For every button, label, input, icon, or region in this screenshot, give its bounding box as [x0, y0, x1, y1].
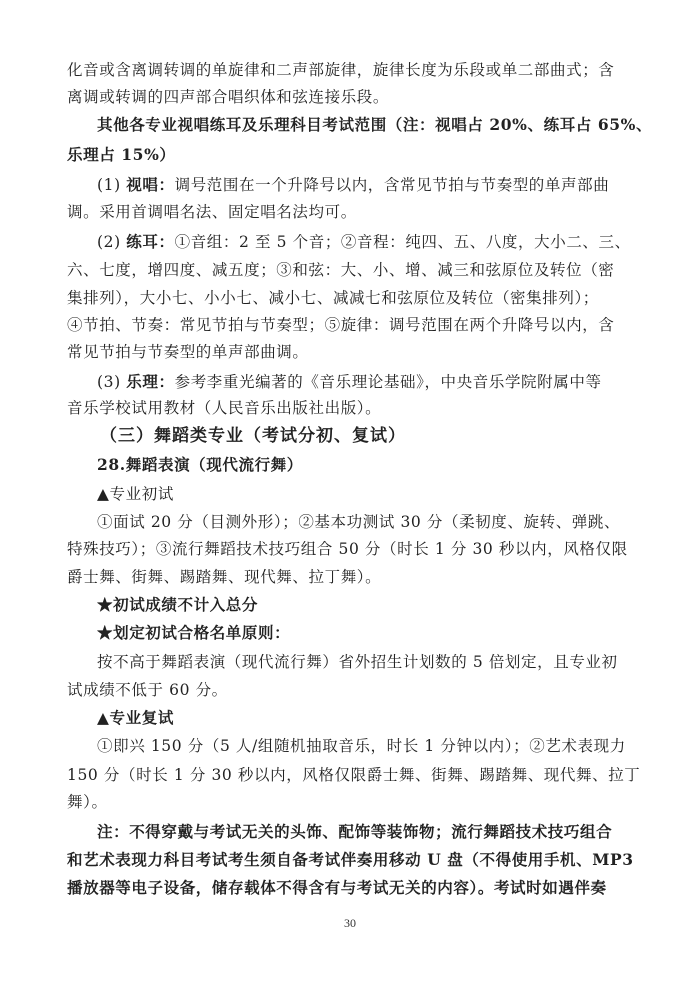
item-label: 乐理：	[126, 372, 174, 391]
subheading-preliminary: ▲专业初试	[97, 484, 637, 504]
section-title-dance: （三）舞蹈类专业（考试分初、复试）	[100, 426, 670, 446]
paragraph-line: ④节拍、节奏：常见节拍与节奏型；⑤旋律：调号范围在两个升降号以内，含	[67, 315, 637, 335]
paragraph-line: 特殊技巧）；③流行舞蹈技术技巧组合 50 分（时长 1 分 30 秒以内，风格仅…	[67, 539, 637, 559]
item-label: 练耳：	[126, 232, 174, 251]
paragraph-line: 爵士舞、街舞、踢踏舞、现代舞、拉丁舞）。	[67, 567, 637, 587]
item-text: ①音组：2 至 5 个音；②音程：纯四、五、八度，大小二、三、	[175, 233, 631, 251]
paragraph-line: 按不高于舞蹈表演（现代流行舞）省外招生计划数的 5 倍划定，且专业初	[97, 652, 637, 672]
item-number: (2)	[97, 233, 126, 251]
paragraph-line: 六、七度，增四度、减五度；③和弦：大、小、增、减三和弦原位及转位（密	[67, 260, 637, 280]
item-ear-training: (2) 练耳：①音组：2 至 5 个音；②音程：纯四、五、八度，大小二、三、	[97, 232, 637, 252]
item-number: (3)	[97, 373, 126, 391]
subheading-final: ▲专业复试	[97, 708, 637, 728]
item-text: 调号范围在一个升降号以内，含常见节拍与节奏型的单声部曲	[175, 176, 610, 194]
section-heading-cont: 乐理占 15%）	[67, 145, 637, 165]
subsection-title: 28.舞蹈表演（现代流行舞）	[97, 455, 637, 475]
note-principle: ★划定初试合格名单原则：	[97, 623, 637, 643]
item-music-theory: (3) 乐理：参考李重光编著的《音乐理论基础》，中央音乐学院附属中等	[97, 372, 637, 392]
page-number: 30	[0, 916, 700, 931]
item-text: 参考李重光编著的《音乐理论基础》，中央音乐学院附属中等	[175, 373, 602, 391]
note-score: ★初试成绩不计入总分	[97, 595, 637, 615]
paragraph-line: 离调或转调的四声部合唱织体和弦连接乐段。	[67, 87, 637, 107]
item-sight-singing: (1) 视唱：调号范围在一个升降号以内，含常见节拍与节奏型的单声部曲	[97, 175, 637, 195]
paragraph-line: 150 分（时长 1 分 30 秒以内，风格仅限爵士舞、街舞、踢踏舞、现代舞、拉…	[67, 765, 637, 785]
paragraph-line: 集排列），大小七、小小七、减小七、减减七和弦原位及转位（密集排列）；	[67, 288, 637, 308]
note-paragraph: 注：不得穿戴与考试无关的头饰、配饰等装饰物；流行舞蹈技术技巧组合	[97, 822, 637, 842]
note-paragraph-line: 播放器等电子设备，储存载体不得含有与考试无关的内容）。考试时如遇伴奏	[67, 878, 637, 898]
paragraph-line: 音乐学校试用教材（人民音乐出版社出版）。	[67, 398, 637, 418]
paragraph-line: 化音或含离调转调的单旋律和二声部旋律，旋律长度为乐段或单二部曲式；含	[67, 60, 637, 80]
paragraph-line: 调。采用首调唱名法、固定唱名法均可。	[67, 202, 637, 222]
section-heading: 其他各专业视唱练耳及乐理科目考试范围（注：视唱占 20%、练耳占 65%、	[97, 115, 637, 135]
note-paragraph-line: 和艺术表现力科目考试考生须自备考试伴奏用移动 U 盘（不得使用手机、MP3	[67, 850, 637, 870]
paragraph-line: 试成绩不低于 60 分。	[67, 680, 637, 700]
item-label: 视唱：	[126, 175, 174, 194]
document-page: 化音或含离调转调的单旋律和二声部旋律，旋律长度为乐段或单二部曲式；含 离调或转调…	[0, 0, 700, 990]
paragraph-line: 舞）。	[67, 792, 637, 812]
paragraph-line: ①面试 20 分（目测外形）；②基本功测试 30 分（柔韧度、旋转、弹跳、	[97, 512, 637, 532]
item-number: (1)	[97, 176, 126, 194]
paragraph-line: 常见节拍与节奏型的单声部曲调。	[67, 342, 637, 362]
paragraph-line: ①即兴 150 分（5 人/组随机抽取音乐，时长 1 分钟以内）；②艺术表现力	[97, 736, 637, 756]
